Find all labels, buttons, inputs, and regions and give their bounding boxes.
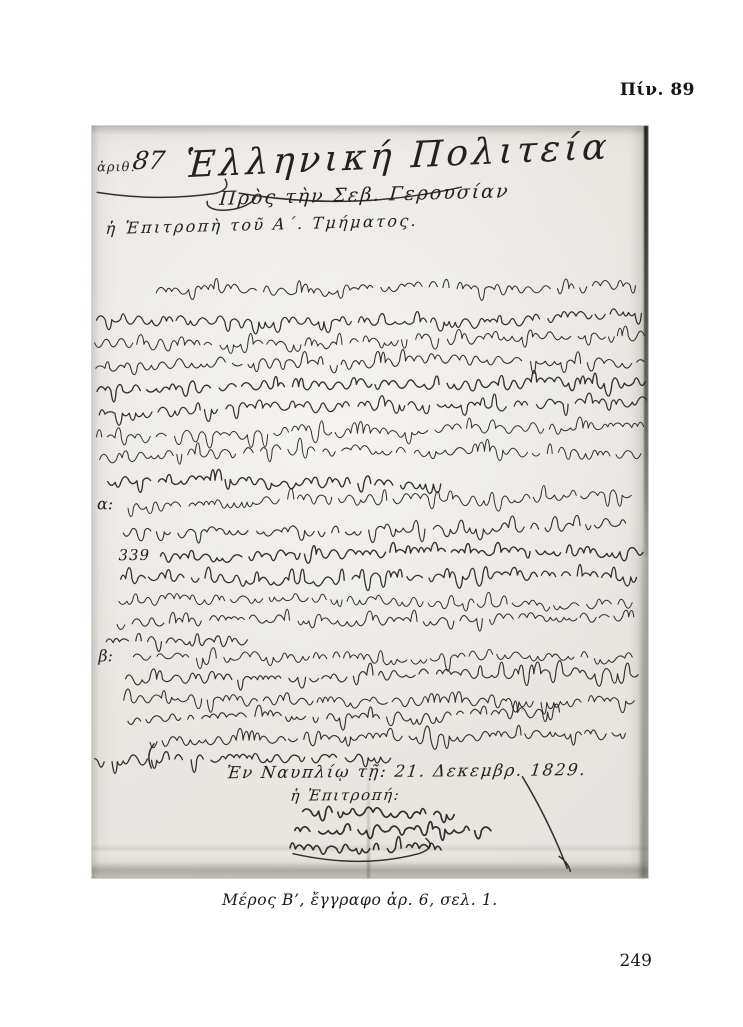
plate-label: Πίν. 89 [620,80,695,100]
doc-number-label: ἀριθ. [97,160,136,175]
doc-number: 87 [131,146,167,175]
item-marker-beta: β: [98,646,113,665]
item-marker-alpha: α: [97,494,113,513]
manuscript-content: ἀριθ. 87 Ἑλληνική Πολιτεία Πρὸς τὴν Σεβ.… [89,124,652,881]
inline-number: 339 [118,546,150,564]
manuscript-photo: ἀριθ. 87 Ἑλληνική Πολιτεία Πρὸς τὴν Σεβ.… [92,126,648,878]
figure-caption: Μέρος Β’, ἔγγραφο ἀρ. 6, σελ. 1. [82,891,638,909]
date-line: Ἐν Ναυπλίῳ τῇ: 21. Δεκεμβρ. 1829. [225,760,587,782]
page-number: 249 [620,951,652,971]
closing-label: ἡ Ἐπιτροπή: [290,786,402,805]
